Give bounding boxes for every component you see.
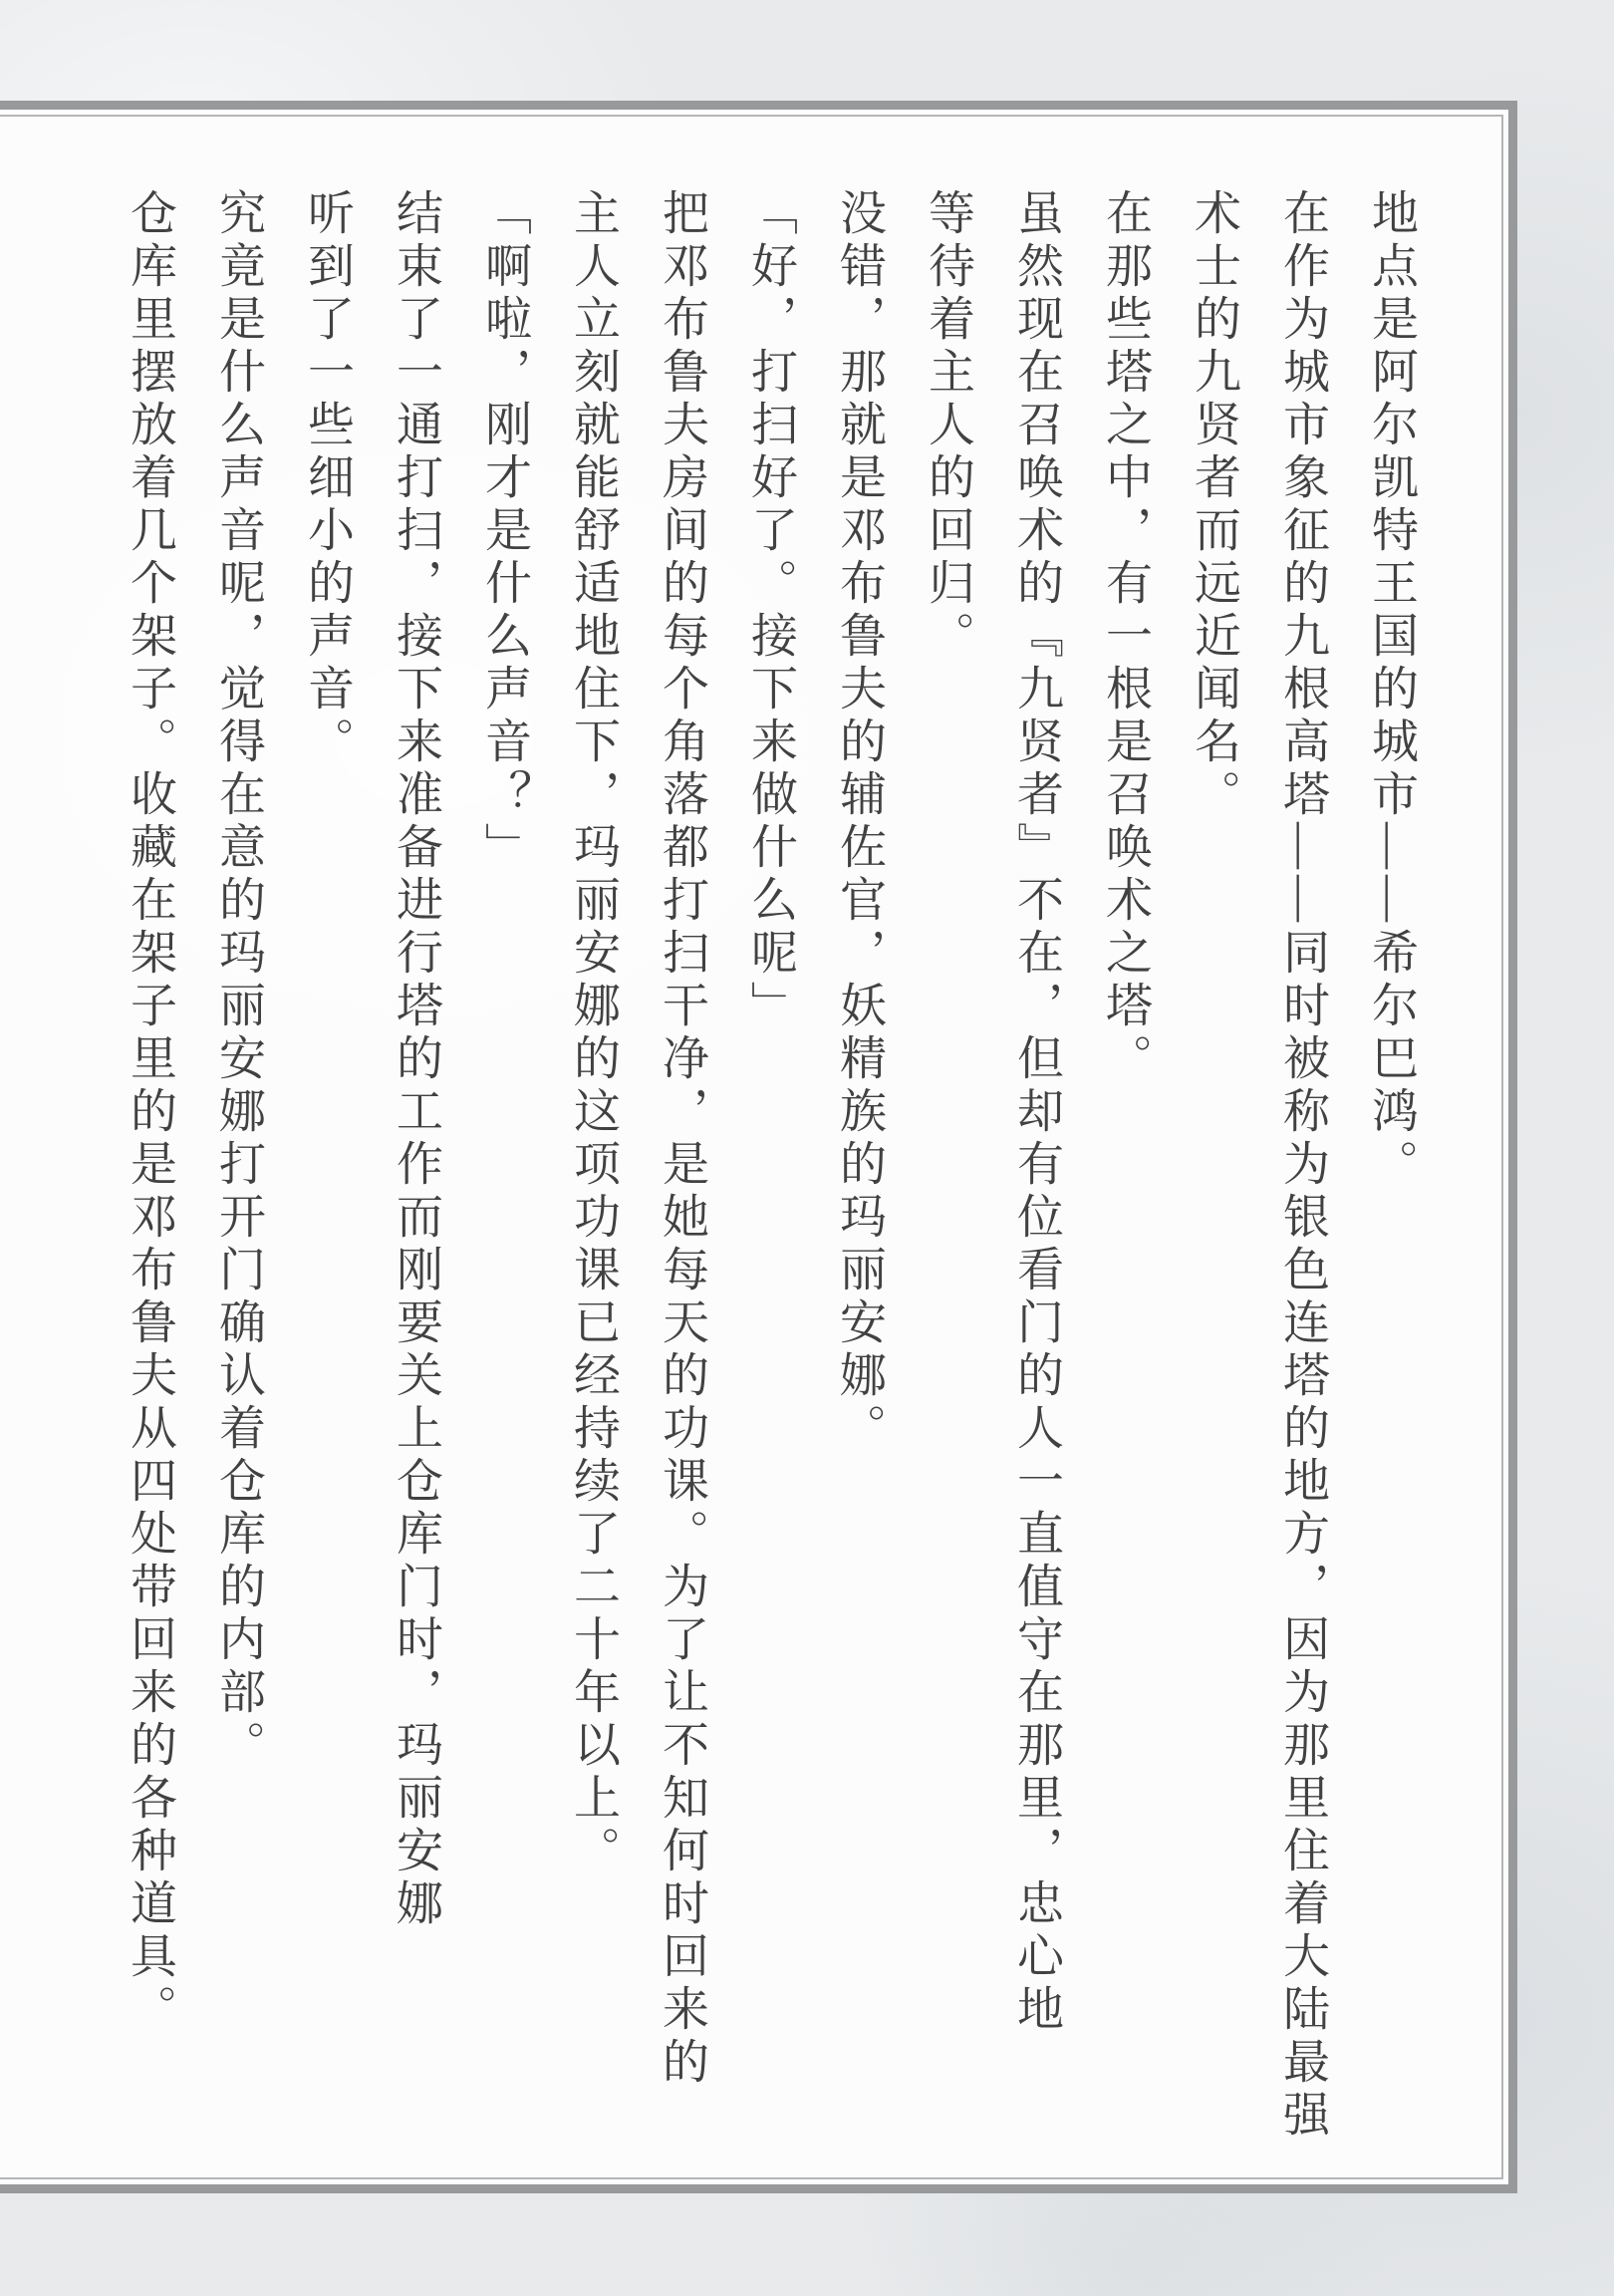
text-column-line: 仓库里摆放着几个架子。收藏在架子里的是邓布鲁夫从四处带回来的各种道具。: [105, 188, 193, 2171]
text-column-line: 听到了一些细小的声音。: [282, 188, 371, 2171]
paragraph: 「好，打扫好了。接下来做什么呢」: [725, 188, 814, 2171]
paragraph: 在那些塔之中，有一根是召唤术之塔。: [1080, 188, 1169, 2171]
text-column-line: 结束了一通打扫，接下来准备进行塔的工作而刚要关上仓库门时，玛丽安娜: [371, 188, 459, 2171]
text-column-line: 把邓布鲁夫房间的每个角落都打扫干净，是她每天的功课。为了让不知何时回来的: [637, 188, 725, 2171]
text-column-line: 在作为城市象征的九根高塔——同时被称为银色连塔的地方，因为那里住着大陆最强: [1257, 188, 1346, 2171]
text-column-line: 「啊啦，刚才是什么声音？」: [459, 188, 548, 2171]
text-block: 地点是阿尔凯特王国的城市——希尔巴鸿。在作为城市象征的九根高塔——同时被称为银色…: [105, 188, 1435, 2171]
page-background: { "page": { "background_color": "#e8eaec…: [0, 0, 1614, 2296]
paragraph: 「啊啦，刚才是什么声音？」: [459, 188, 548, 2171]
paragraph: 究竟是什么声音呢，觉得在意的玛丽安娜打开门确认着仓库的内部。: [193, 188, 282, 2171]
paragraph: 把邓布鲁夫房间的每个角落都打扫干净，是她每天的功课。为了让不知何时回来的主人立刻…: [548, 188, 725, 2171]
text-column-line: 主人立刻就能舒适地住下，玛丽安娜的这项功课已经持续了二十年以上。: [548, 188, 637, 2171]
paragraph: 虽然现在召唤术的『九贤者』不在，但却有位看门的人一直值守在那里，忠心地等待着主人…: [903, 188, 1080, 2171]
text-column-line: 术士的九贤者而远近闻名。: [1169, 188, 1257, 2171]
text-column-line: 在那些塔之中，有一根是召唤术之塔。: [1080, 188, 1169, 2171]
text-column-line: 虽然现在召唤术的『九贤者』不在，但却有位看门的人一直值守在那里，忠心地: [991, 188, 1080, 2171]
paragraph: 在作为城市象征的九根高塔——同时被称为银色连塔的地方，因为那里住着大陆最强术士的…: [1169, 188, 1346, 2171]
paragraph: 没错，那就是邓布鲁夫的辅佐官，妖精族的玛丽安娜。: [814, 188, 903, 2171]
text-column-line: 究竟是什么声音呢，觉得在意的玛丽安娜打开门确认着仓库的内部。: [193, 188, 282, 2171]
text-column-line: 「好，打扫好了。接下来做什么呢」: [725, 188, 814, 2171]
paragraph: 仓库里摆放着几个架子。收藏在架子里的是邓布鲁夫从四处带回来的各种道具。: [105, 188, 193, 2171]
text-column-line: 等待着主人的回归。: [903, 188, 991, 2171]
paragraph: 结束了一通打扫，接下来准备进行塔的工作而刚要关上仓库门时，玛丽安娜听到了一些细小…: [282, 188, 459, 2171]
text-column-line: 地点是阿尔凯特王国的城市——希尔巴鸿。: [1346, 188, 1435, 2171]
paragraph: 地点是阿尔凯特王国的城市——希尔巴鸿。: [1346, 188, 1435, 2171]
text-column-line: 没错，那就是邓布鲁夫的辅佐官，妖精族的玛丽安娜。: [814, 188, 903, 2171]
